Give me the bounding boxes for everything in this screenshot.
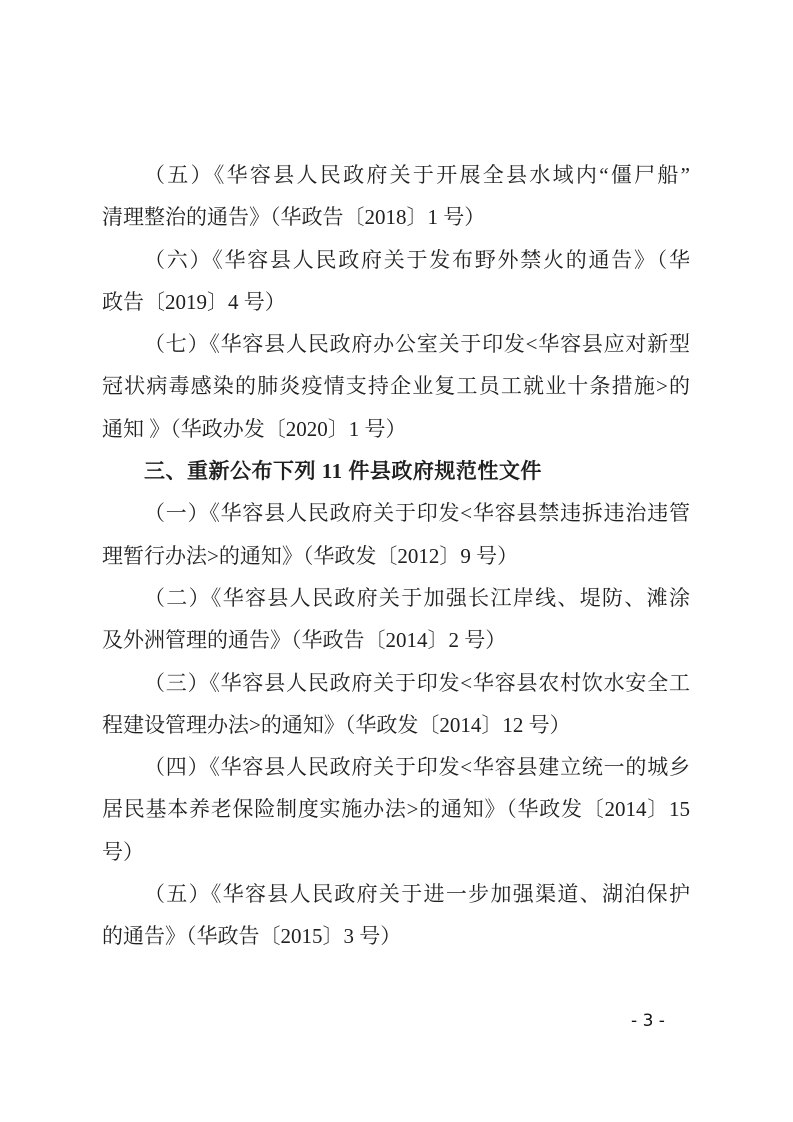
text-line: （一）《华容县人民政府关于印发<华容县禁违拆违治违管 bbox=[102, 492, 690, 534]
text-line: （六）《华容县人民政府关于发布野外禁火的通告》（华 bbox=[102, 239, 690, 281]
document-paragraph: （二）《华容县人民政府关于加强长江岸线、堤防、滩涂及外洲管理的通告》（华政告〔2… bbox=[102, 577, 690, 662]
text-line: 及外洲管理的通告》（华政告〔2014〕2 号） bbox=[102, 619, 690, 661]
document-paragraph: （五）《华容县人民政府关于开展全县水域内“僵尸船”清理整治的通告》（华政告〔20… bbox=[102, 154, 690, 239]
text-line: 冠状病毒感染的肺炎疫情支持企业复工员工就业十条措施>的 bbox=[102, 365, 690, 407]
text-line: 居民基本养老保险制度实施办法>的通知》（华政发〔2014〕15 bbox=[102, 788, 690, 830]
text-line: （四）《华容县人民政府关于印发<华容县建立统一的城乡 bbox=[102, 746, 690, 788]
text-line: 政告〔2019〕4 号） bbox=[102, 281, 690, 323]
document-paragraph: （七）《华容县人民政府办公室关于印发<华容县应对新型冠状病毒感染的肺炎疫情支持企… bbox=[102, 323, 690, 450]
section-heading: 三、重新公布下列 11 件县政府规范性文件 bbox=[102, 450, 690, 492]
document-paragraph: （一）《华容县人民政府关于印发<华容县禁违拆违治违管理暂行办法>的通知》（华政发… bbox=[102, 492, 690, 577]
text-line: （三）《华容县人民政府关于印发<华容县农村饮水安全工 bbox=[102, 662, 690, 704]
text-line: 程建设管理办法>的通知》（华政发〔2014〕12 号） bbox=[102, 704, 690, 746]
text-line: 三、重新公布下列 11 件县政府规范性文件 bbox=[102, 450, 690, 492]
document-paragraph: （三）《华容县人民政府关于印发<华容县农村饮水安全工程建设管理办法>的通知》（华… bbox=[102, 662, 690, 747]
text-line: （五）《华容县人民政府关于进一步加强渠道、湖泊保护 bbox=[102, 873, 690, 915]
text-line: 号） bbox=[102, 831, 690, 873]
page-number: - 3 - bbox=[615, 1011, 681, 1031]
text-line: 清理整治的通告》（华政告〔2018〕1 号） bbox=[102, 196, 690, 238]
document-paragraph: （四）《华容县人民政府关于印发<华容县建立统一的城乡居民基本养老保险制度实施办法… bbox=[102, 746, 690, 873]
text-line: 通知 》（华政办发〔2020〕1 号） bbox=[102, 408, 690, 450]
document-body: （五）《华容县人民政府关于开展全县水域内“僵尸船”清理整治的通告》（华政告〔20… bbox=[102, 154, 690, 958]
document-paragraph: （五）《华容县人民政府关于进一步加强渠道、湖泊保护的通告》（华政告〔2015〕3… bbox=[102, 873, 690, 958]
text-line: （七）《华容县人民政府办公室关于印发<华容县应对新型 bbox=[102, 323, 690, 365]
text-line: （五）《华容县人民政府关于开展全县水域内“僵尸船” bbox=[102, 154, 690, 196]
text-line: （二）《华容县人民政府关于加强长江岸线、堤防、滩涂 bbox=[102, 577, 690, 619]
text-line: 理暂行办法>的通知》（华政发〔2012〕9 号） bbox=[102, 535, 690, 577]
text-line: 的通告》（华政告〔2015〕3 号） bbox=[102, 915, 690, 957]
document-paragraph: （六）《华容县人民政府关于发布野外禁火的通告》（华政告〔2019〕4 号） bbox=[102, 239, 690, 324]
document-page: （五）《华容县人民政府关于开展全县水域内“僵尸船”清理整治的通告》（华政告〔20… bbox=[0, 0, 793, 1122]
